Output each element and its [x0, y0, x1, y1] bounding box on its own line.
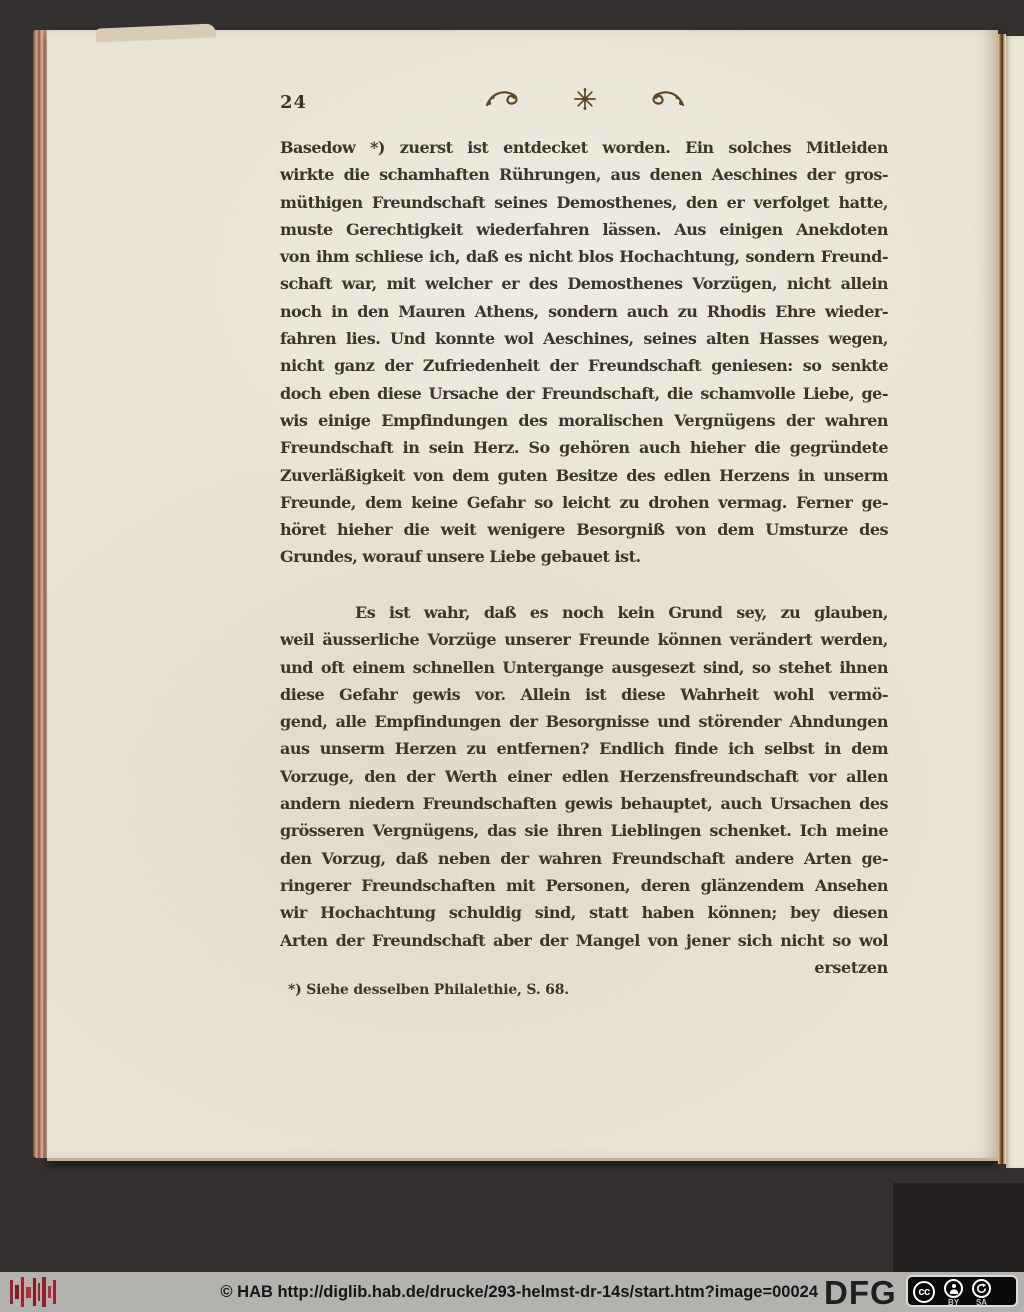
text-line: gend, alle Empfindungen der Besorgnisse …: [280, 708, 888, 735]
text-line: aus unserm Herzen zu entfernen? Endlich …: [280, 735, 888, 762]
by-attribution: BY: [944, 1279, 963, 1307]
text-line: und oft einem schnellen Untergange ausge…: [280, 654, 888, 681]
text-line: noch in den Mauren Athens, sondern auch …: [280, 298, 888, 325]
text-line: Es ist wahr, daß es noch kein Grund sey,…: [280, 599, 888, 626]
text-line: diese Gefahr gewis vor. Allein ist diese…: [280, 681, 888, 708]
text-line: Vorzuge, den der Werth einer edlen Herze…: [280, 763, 888, 790]
copyright-url: © HAB http://diglib.hab.de/drucke/293-he…: [220, 1272, 818, 1312]
caption-bar: © HAB http://diglib.hab.de/drucke/293-he…: [0, 1272, 1024, 1312]
text-line: Zuverläßigkeit von dem guten Besitze des…: [280, 462, 888, 489]
star-ornament-icon: [573, 87, 597, 111]
catchword: ersetzen: [280, 958, 888, 977]
footnote: *) Siehe desselben Philalethie, S. 68.: [288, 982, 888, 998]
text-line: ringerer Freundschaften mit Personen, de…: [280, 872, 888, 899]
person-icon: [944, 1279, 963, 1298]
text-line: wirkte die schamhaften Rührungen, aus de…: [280, 161, 888, 188]
printed-content: 24: [0, 0, 1024, 1312]
text-line: Grundes, worauf unsere Liebe gebauet ist…: [280, 543, 888, 570]
page-number: 24: [280, 92, 307, 113]
scanned-book-photo: 24: [0, 0, 1024, 1312]
text-line: doch eben diese Ursache der Freundschaft…: [280, 380, 888, 407]
text-line: weil äusserliche Vorzüge unserer Freunde…: [280, 626, 888, 653]
text-line: andern niedern Freundschaften gewis beha…: [280, 790, 888, 817]
paragraph-1: Basedow *) zuerst ist entdecket worden. …: [280, 134, 888, 571]
text-line: Freundschaft in sein Herz. So gehören au…: [280, 434, 888, 461]
text-line: Basedow *) zuerst ist entdecket worden. …: [280, 134, 888, 161]
cc-license-badge: cc BY SA: [906, 1275, 1018, 1307]
sa-share-alike: SA: [972, 1279, 991, 1307]
text-line: schaft war, mit welcher er des Demosthen…: [280, 270, 888, 297]
text-line: grösseren Vergnügens, das sie ihren Lieb…: [280, 817, 888, 844]
text-line: müthigen Freundschaft seines Demosthenes…: [280, 189, 888, 216]
text-line: fahren lies. Und konnte wol Aeschines, s…: [280, 325, 888, 352]
text-line: von ihm schliese ich, daß es nicht blos …: [280, 243, 888, 270]
header-ornaments: [430, 80, 740, 118]
text-line: nicht ganz der Zufriedenheit der Freunds…: [280, 352, 888, 379]
share-alike-arrow-icon: [972, 1279, 991, 1298]
text-line: höret hieher die weit wenigere Besorgniß…: [280, 516, 888, 543]
text-line: Freunde, dem keine Gefahr so leicht zu d…: [280, 489, 888, 516]
text-line: muste Gerechtigkeit wiederfahren lässen.…: [280, 216, 888, 243]
paragraph-2: Es ist wahr, daß es noch kein Grund sey,…: [280, 599, 888, 954]
fleuron-right-icon: [649, 88, 685, 110]
by-label: BY: [948, 1299, 959, 1307]
text-line: wir Hochachtung schuldig sind, statt hab…: [280, 899, 888, 926]
hab-logo-icon: [10, 1276, 56, 1308]
text-line: den Vorzug, daß neben der wahren Freunds…: [280, 845, 888, 872]
fleuron-left-icon: [485, 88, 521, 110]
sa-label: SA: [976, 1299, 987, 1307]
cc-icon: cc: [913, 1281, 935, 1303]
text-line: wis einige Empfindungen des moralischen …: [280, 407, 888, 434]
text-line: Arten der Freundschaft aber der Mangel v…: [280, 927, 888, 954]
dfg-logo: DFG: [824, 1273, 897, 1312]
